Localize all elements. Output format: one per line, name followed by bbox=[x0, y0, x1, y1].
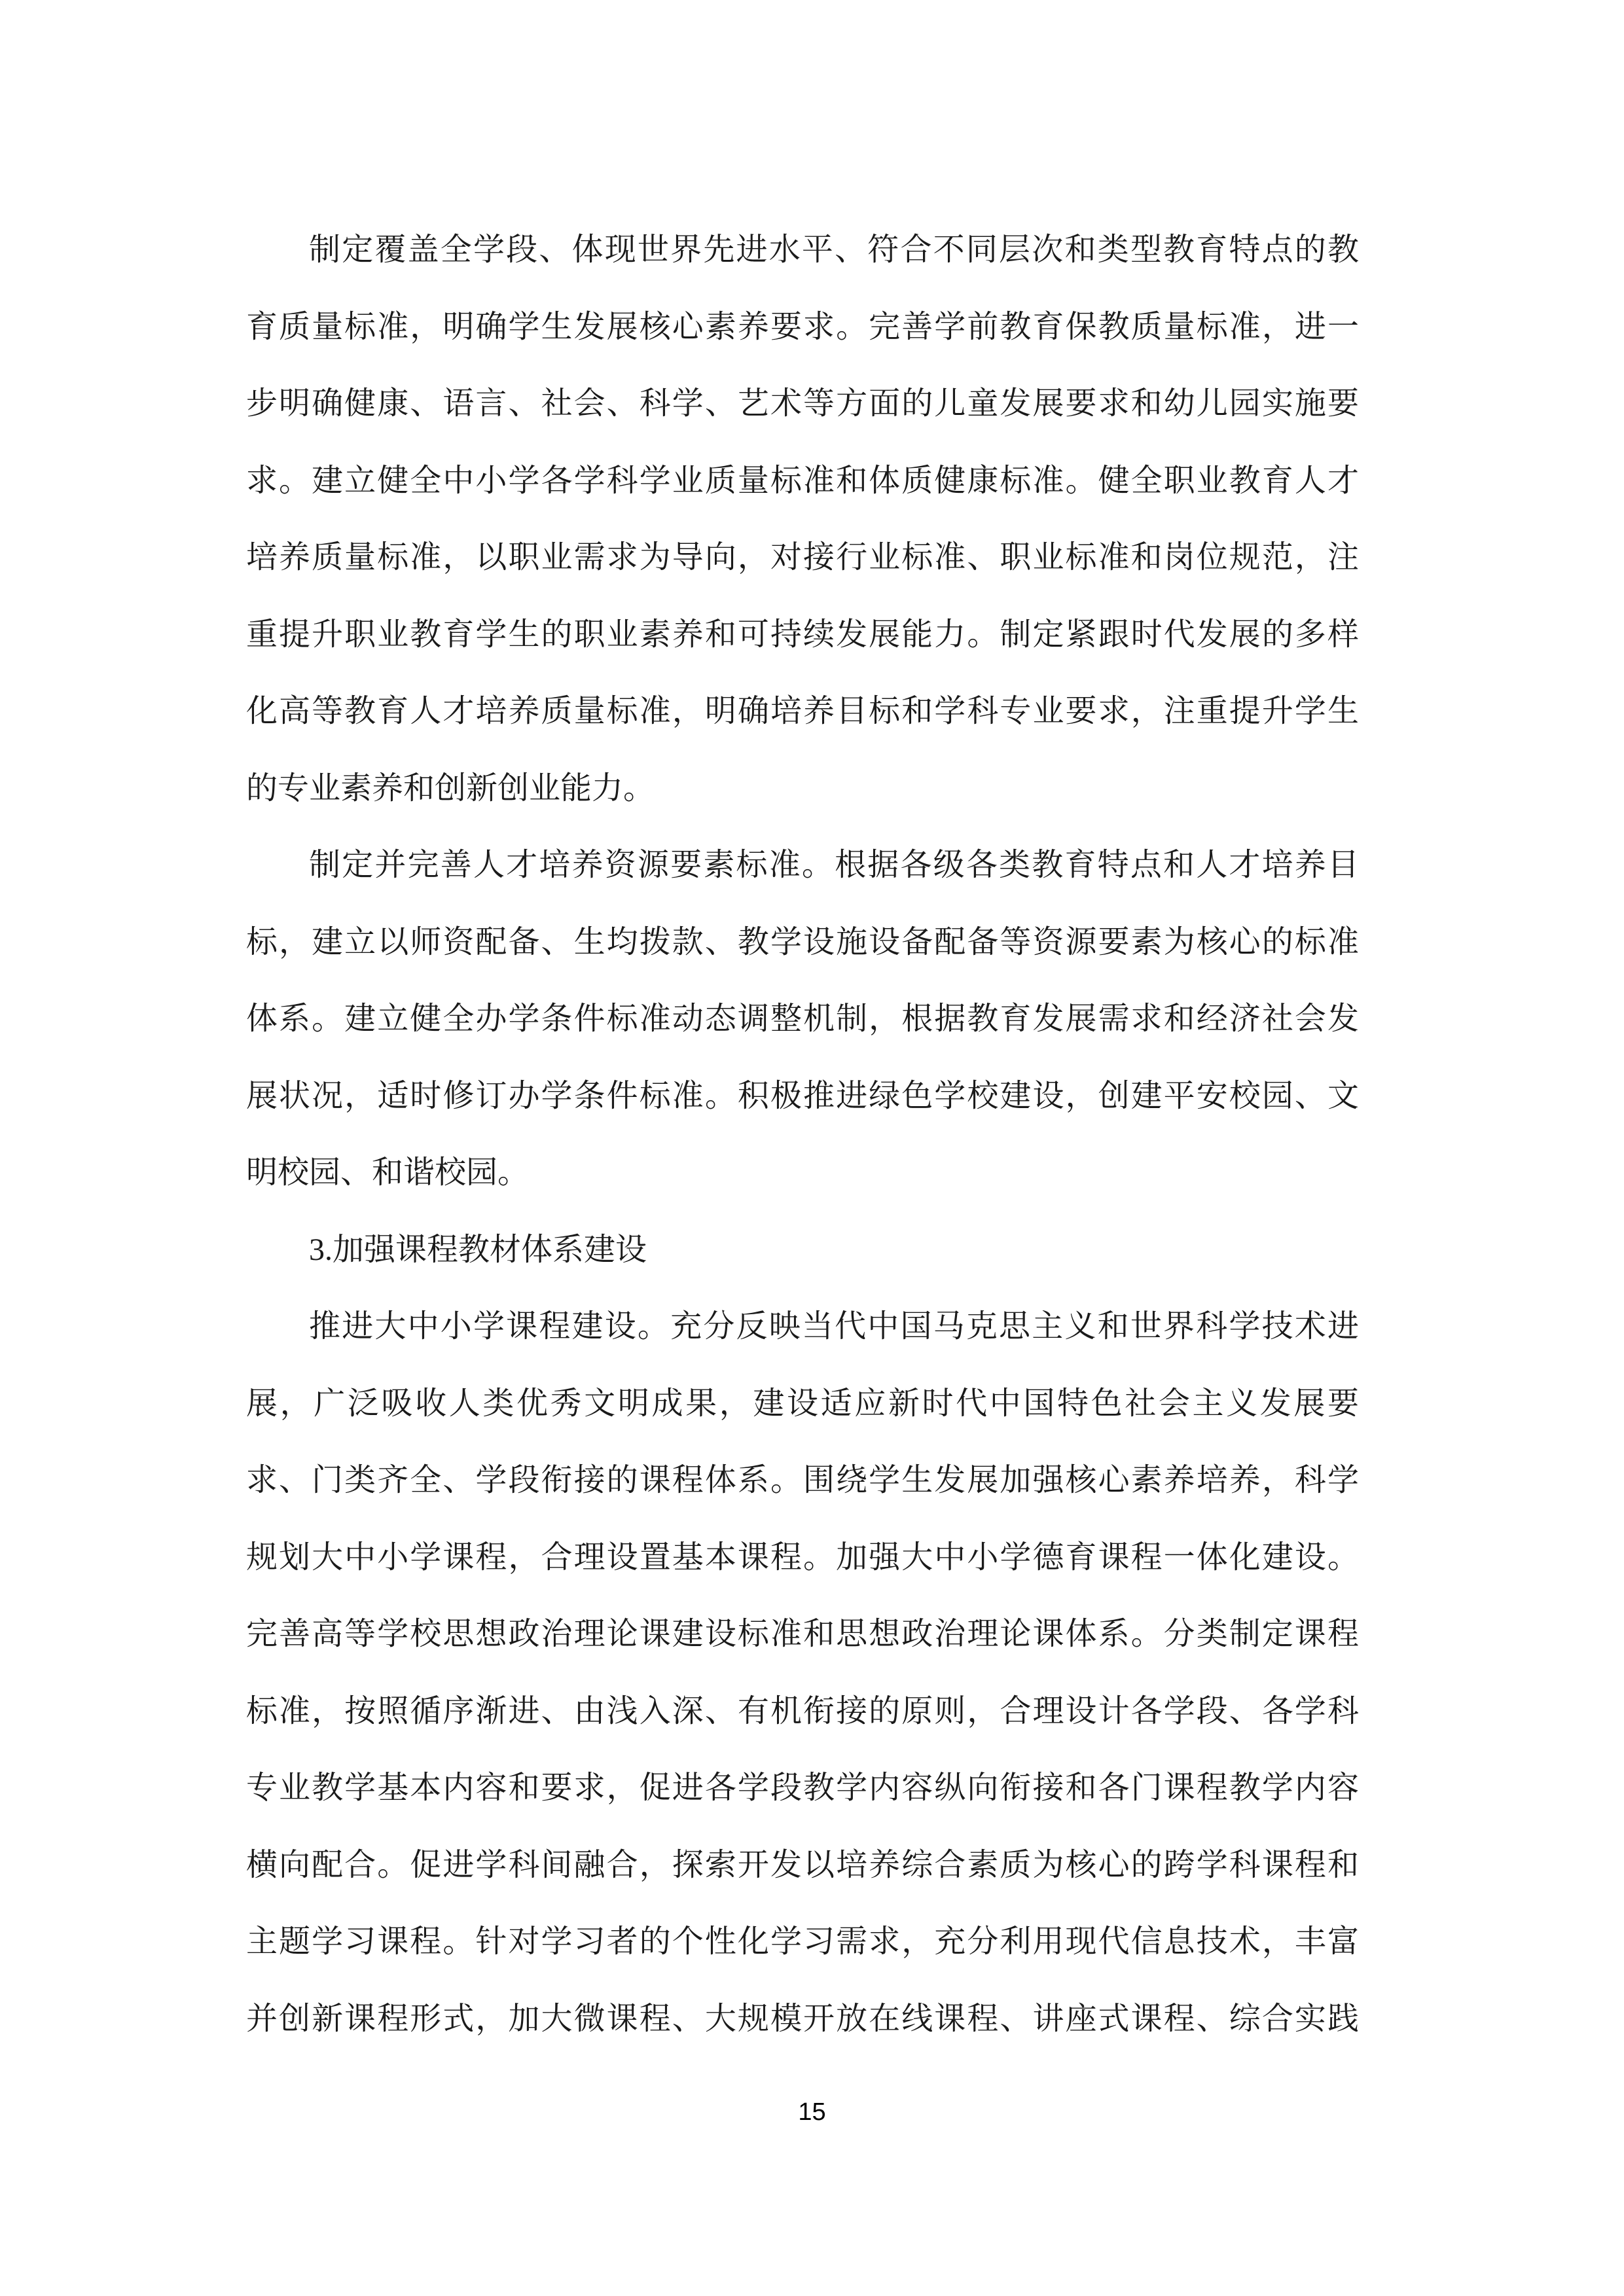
text-line: 横向配合。促进学科间融合，探索开发以培养综合素质为核心的跨学科课程和 bbox=[246, 1827, 1359, 1904]
body-text: 制定覆盖全学段、体现世界先进水平、符合不同层次和类型教育特点的教育质量标准，明确… bbox=[246, 211, 1359, 2057]
text-line: 化高等教育人才培养质量标准，明确培养目标和学科专业要求，注重提升学生 bbox=[246, 673, 1359, 750]
text-line: 求、门类齐全、学段衔接的课程体系。围绕学生发展加强核心素养培养，科学 bbox=[246, 1442, 1359, 1519]
text-line: 规划大中小学课程，合理设置基本课程。加强大中小学德育课程一体化建设。 bbox=[246, 1519, 1359, 1596]
text-line: 制定并完善人才培养资源要素标准。根据各级各类教育特点和人才培养目 bbox=[246, 827, 1359, 904]
text-line: 3.加强课程教材体系建设 bbox=[246, 1211, 1359, 1289]
text-line: 推进大中小学课程建设。充分反映当代中国马克思主义和世界科学技术进 bbox=[246, 1288, 1359, 1365]
text-line: 展状况，适时修订办学条件标准。积极推进绿色学校建设，创建平安校园、文 bbox=[246, 1058, 1359, 1135]
text-line: 体系。建立健全办学条件标准动态调整机制，根据教育发展需求和经济社会发 bbox=[246, 980, 1359, 1058]
document-page: 制定覆盖全学段、体现世界先进水平、符合不同层次和类型教育特点的教育质量标准，明确… bbox=[0, 0, 1624, 2296]
text-line: 明校园、和谐校园。 bbox=[246, 1134, 1359, 1211]
text-line: 求。建立健全中小学各学科学业质量标准和体质健康标准。健全职业教育人才 bbox=[246, 442, 1359, 520]
text-line: 步明确健康、语言、社会、科学、艺术等方面的儿童发展要求和幼儿园实施要 bbox=[246, 365, 1359, 442]
text-line: 展，广泛吸收人类优秀文明成果，建设适应新时代中国特色社会主义发展要 bbox=[246, 1365, 1359, 1443]
text-line: 标准，按照循序渐进、由浅入深、有机衔接的原则，合理设计各学段、各学科 bbox=[246, 1673, 1359, 1750]
text-line: 完善高等学校思想政治理论课建设标准和思想政治理论课体系。分类制定课程 bbox=[246, 1596, 1359, 1673]
text-line: 专业教学基本内容和要求，促进各学段教学内容纵向衔接和各门课程教学内容 bbox=[246, 1749, 1359, 1827]
text-line: 制定覆盖全学段、体现世界先进水平、符合不同层次和类型教育特点的教 bbox=[246, 211, 1359, 289]
text-line: 培养质量标准，以职业需求为导向，对接行业标准、职业标准和岗位规范，注 bbox=[246, 519, 1359, 596]
text-line: 育质量标准，明确学生发展核心素养要求。完善学前教育保教质量标准，进一 bbox=[246, 289, 1359, 366]
text-line: 标，建立以师资配备、生均拨款、教学设施设备配备等资源要素为核心的标准 bbox=[246, 904, 1359, 981]
text-line: 并创新课程形式，加大微课程、大规模开放在线课程、讲座式课程、综合实践 bbox=[246, 1981, 1359, 2058]
text-line: 重提升职业教育学生的职业素养和可持续发展能力。制定紧跟时代发展的多样 bbox=[246, 596, 1359, 673]
text-line: 主题学习课程。针对学习者的个性化学习需求，充分利用现代信息技术，丰富 bbox=[246, 1903, 1359, 1981]
page-footer: 15 bbox=[0, 2097, 1624, 2127]
page-number: 15 bbox=[798, 2098, 825, 2126]
text-line: 的专业素养和创新创业能力。 bbox=[246, 750, 1359, 827]
